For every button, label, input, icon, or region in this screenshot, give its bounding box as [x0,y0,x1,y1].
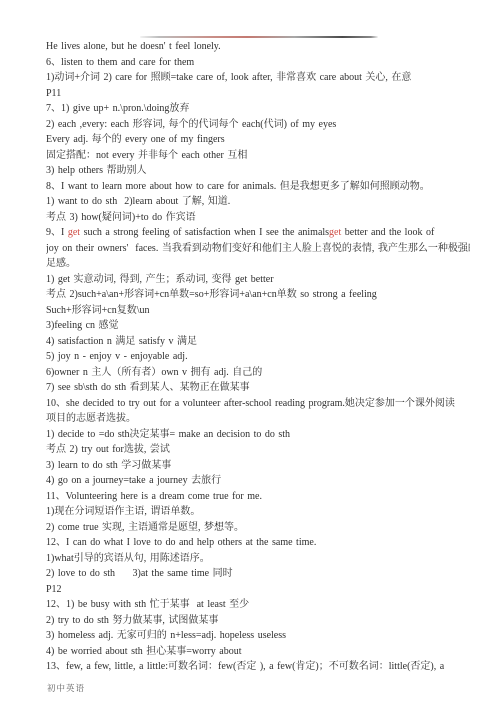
text-line: 考点 2)such+a\an+形容词+cn单数=so+形容词+a\an+cn单数… [46,287,470,303]
text-segment: 4) go on a journey=take a journey 去旅行 [46,475,221,486]
text-segment: 考点 2)such+a\an+形容词+cn单数=so+形容词+a\an+cn单数… [46,289,377,300]
text-segment: 2) love to do sth 3)at the same time 同时 [46,568,233,579]
text-line: 10、she decided to try out for a voluntee… [46,396,470,412]
text-segment: 1)现在分词短语作主语, 谓语单数。 [46,506,200,517]
text-line: 2) come true 实现, 主语通常是愿望, 梦想等。 [46,520,470,536]
text-line: 4) satisfaction n 满足 satisfy v 满足 [46,334,470,350]
text-line: 1)动词+介词 2) care for 照顾=take care of, loo… [46,70,470,86]
text-line: 考点 3) how(疑问词)+to do 作宾语 [46,210,470,226]
text-line: 12、1) be busy with sth 忙于某事 at least 至少 [46,597,470,613]
text-line: 4) be worried about sth 担心某事=worry about [46,644,470,660]
text-line: 12、I can do what I love to do and help o… [46,535,470,551]
highlighted-word: get [329,227,341,238]
text-line: 3) help others 帮助别人 [46,163,470,179]
text-line: 1) get 实意动词, 得到, 产生；系动词, 变得 get better [46,272,470,288]
text-segment: 1) get 实意动词, 得到, 产生；系动词, 变得 get better [46,274,274,285]
text-segment: 12、1) be busy with sth 忙于某事 at least 至少 [46,599,249,610]
text-segment: 2) try to do sth 努力做某事, 试图做某事 [46,615,218,626]
text-line: 7) see sb\sth do sth 看到某人、某物正在做某事 [46,380,470,396]
text-line: Such+形容词+cn复数\un [46,303,470,319]
text-line: 考点 2) try out for选拔, 尝试 [46,442,470,458]
text-line: 5) joy n - enjoy v - enjoyable adj. [46,349,470,365]
text-line: 9、I get such a strong feeling of satisfa… [46,225,470,241]
text-segment: better and the look of [341,227,434,238]
text-segment: 项目的志愿者选拔。 [46,413,136,424]
text-segment: 6、listen to them and care for them [46,57,194,68]
text-segment: 11、Volunteering here is a dream come tru… [46,491,262,502]
text-segment: 10、she decided to try out for a voluntee… [46,398,455,409]
text-segment: Such+形容词+cn复数\un [46,305,150,316]
text-segment: 考点 3) how(疑问词)+to do 作宾语 [46,212,196,223]
document-content: He lives alone, but he doesn' t feel lon… [46,39,470,675]
text-segment: 2) each ,every: each 形容词, 每个的代词每个 each(代… [46,119,336,130]
text-line: 1)现在分词短语作主语, 谓语单数。 [46,504,470,520]
text-line: 6、listen to them and care for them [46,55,470,71]
text-segment: 考点 2) try out for选拔, 尝试 [46,444,170,455]
text-line: 1) want to do sth 2)learn about 了解, 知道. [46,194,470,210]
text-line: 3)feeling cn 感觉 [46,318,470,334]
text-line: 3) learn to do sth 学习做某事 [46,458,470,474]
text-line: 项目的志愿者选拔。 [46,411,470,427]
text-segment: 7、1) give up+ n.\pron.\doing放弃 [46,103,189,114]
text-line: 足感。 [46,256,470,272]
text-segment: 6)owner n 主人（所有者）own v 拥有 adj. 自己的 [46,367,262,378]
text-line: 3) homeless adj. 无家可归的 n+less=adj. hopel… [46,628,470,644]
text-line: 1) decide to =do sth决定某事= make an decisi… [46,427,470,443]
text-segment: 4) be worried about sth 担心某事=worry about [46,646,242,657]
text-line: 11、Volunteering here is a dream come tru… [46,489,470,505]
text-segment: 4) satisfaction n 满足 satisfy v 满足 [46,336,197,347]
text-line: 2) each ,every: each 形容词, 每个的代词每个 each(代… [46,117,470,133]
text-segment: 3) help others 帮助别人 [46,165,147,176]
text-segment: Every adj. 每个的 every one of my fingers [46,134,225,145]
text-line: joy on their owners' faces. 当我看到动物们变好和他们… [46,241,470,257]
text-segment: joy on their owners' faces. 当我看到动物们变好和他们… [46,243,470,254]
text-line: P11 [46,86,470,102]
text-line: 2) try to do sth 努力做某事, 试图做某事 [46,613,470,629]
text-segment: 13、few, a few, little, a little:可数名词：few… [46,661,444,672]
text-line: 4) go on a journey=take a journey 去旅行 [46,473,470,489]
text-segment: 3)feeling cn 感觉 [46,320,119,331]
text-line: 7、1) give up+ n.\pron.\doing放弃 [46,101,470,117]
text-segment: 3) learn to do sth 学习做某事 [46,460,171,471]
text-segment: P12 [46,584,62,595]
text-line: P12 [46,582,470,598]
text-line: Every adj. 每个的 every one of my fingers [46,132,470,148]
text-line: 1)what引导的宾语从句, 用陈述语序。 [46,551,470,567]
watermark-label: 初中英语 [47,682,85,694]
text-line: 8、I want to learn more about how to care… [46,179,470,195]
text-line: 2) love to do sth 3)at the same time 同时 [46,566,470,582]
text-segment: 1) decide to =do sth决定某事= make an decisi… [46,429,290,440]
text-segment: He lives alone, but he doesn' t feel lon… [46,41,221,52]
text-segment: 1) want to do sth 2)learn about 了解, 知道. [46,196,230,207]
text-line: 13、few, a few, little, a little:可数名词：few… [46,659,470,675]
text-line: He lives alone, but he doesn' t feel lon… [46,39,470,55]
text-segment: P11 [46,88,61,99]
text-line: 6)owner n 主人（所有者）own v 拥有 adj. 自己的 [46,365,470,381]
text-segment: 9、I [46,227,68,238]
decorative-divider [140,36,378,38]
text-segment: 1)what引导的宾语从句, 用陈述语序。 [46,553,210,564]
highlighted-word: get [68,227,80,238]
text-segment: 7) see sb\sth do sth 看到某人、某物正在做某事 [46,382,250,393]
text-segment: such a strong feeling of satisfaction wh… [80,227,329,238]
document-page: He lives alone, but he doesn' t feel lon… [0,0,500,707]
text-line: 固定搭配：not every 并非每个 each other 互相 [46,148,470,164]
text-segment: 3) homeless adj. 无家可归的 n+less=adj. hopel… [46,630,286,641]
text-segment: 2) come true 实现, 主语通常是愿望, 梦想等。 [46,522,244,533]
text-segment: 1)动词+介词 2) care for 照顾=take care of, loo… [46,72,411,83]
text-segment: 5) joy n - enjoy v - enjoyable adj. [46,351,188,362]
text-segment: 固定搭配：not every 并非每个 each other 互相 [46,150,247,161]
text-segment: 足感。 [46,258,76,269]
text-segment: 8、I want to learn more about how to care… [46,181,430,192]
text-segment: 12、I can do what I love to do and help o… [46,537,316,548]
